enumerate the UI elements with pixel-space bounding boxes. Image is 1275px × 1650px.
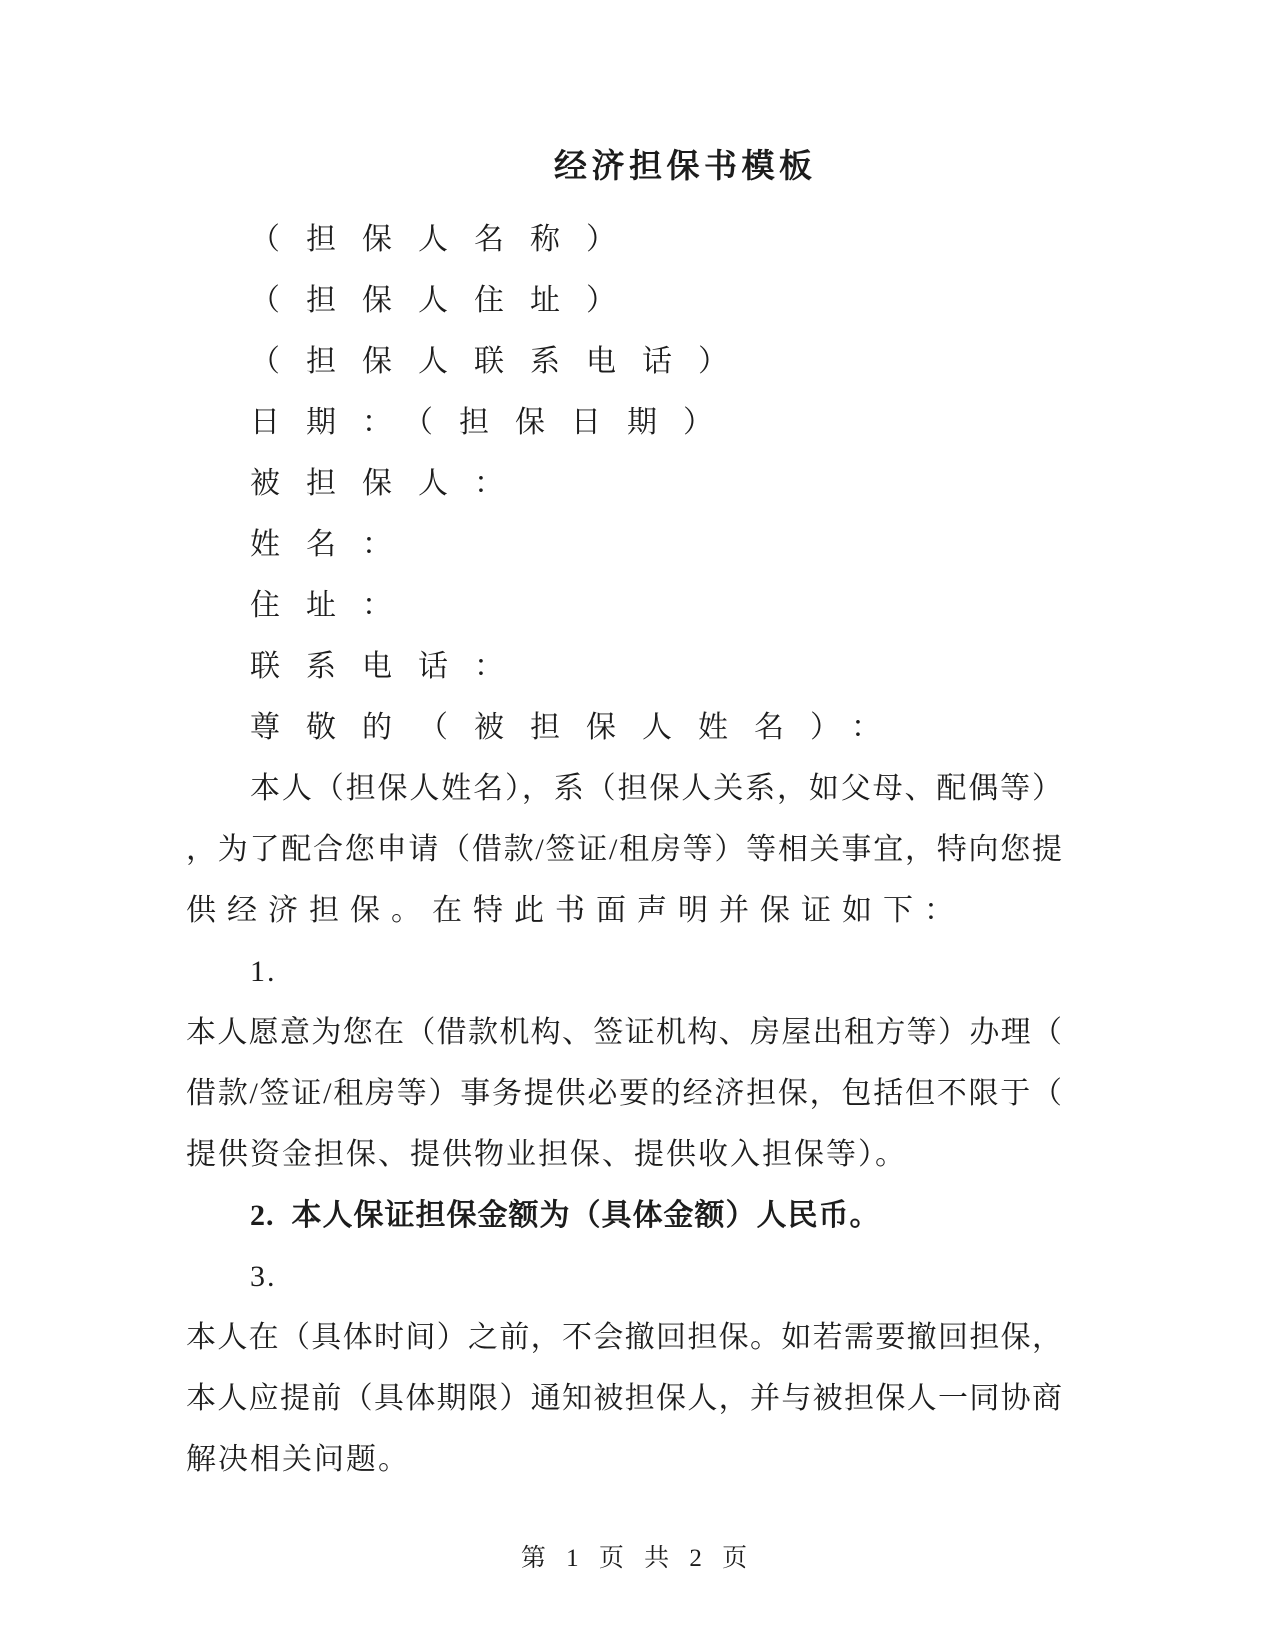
document-line: 尊敬的（被担保人姓名）： [186,697,1062,758]
document-page: 经济担保书模板 （担保人名称）（担保人住址）（担保人联系电话）日期：（担保日期）… [0,0,1275,1650]
page-footer: 第 1 页 共 2 页 [0,1534,1275,1584]
document-line: 被担保人： [186,453,1062,514]
document-line: 姓名： [186,514,1062,575]
document-line: 借款/签证/租房等）事务提供必要的经济担保，包括但不限于（ [186,1063,1062,1124]
document-line: 供经济担保。在特此书面声明并保证如下： [186,880,1062,941]
document-line: 本人愿意为您在（借款机构、签证机构、房屋出租方等）办理（ [186,1002,1062,1063]
document-line: 解决相关问题。 [186,1429,1062,1490]
document-line: 1. [186,941,1062,1002]
footer-page-label: 第 1 页 共 2 页 [521,1545,754,1572]
document-line: 本人（担保人姓名），系（担保人关系，如父母、配偶等） [186,758,1062,819]
document-line: 本人应提前（具体期限）通知被担保人，并与被担保人一同协商 [186,1368,1062,1429]
document-line: 3. [186,1246,1062,1307]
document-line: 本人在（具体时间）之前，不会撤回担保。如若需要撤回担保， [186,1307,1062,1368]
document-line: （担保人名称） [186,209,1062,270]
document-line: ，为了配合您申请（借款/签证/租房等）等相关事宜，特向您提 [186,819,1062,880]
page-title: 经济担保书模板 [554,140,817,194]
document-line: 住址： [186,575,1062,636]
document-body: （担保人名称）（担保人住址）（担保人联系电话）日期：（担保日期）被担保人：姓名：… [186,209,1062,1490]
document-line: 提供资金担保、提供物业担保、提供收入担保等）。 [186,1124,1062,1185]
document-line: 联系电话： [186,636,1062,697]
document-line: （担保人联系电话） [186,331,1062,392]
document-line: 2. 本人保证担保金额为（具体金额）人民币。 [186,1185,1062,1246]
document-line: （担保人住址） [186,270,1062,331]
document-line: 日期：（担保日期） [186,392,1062,453]
